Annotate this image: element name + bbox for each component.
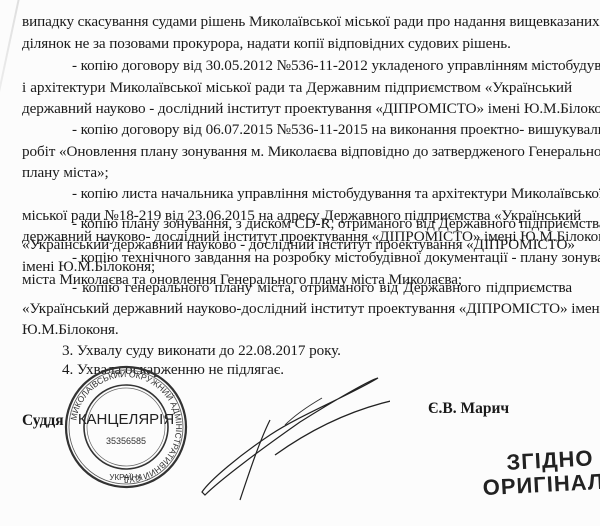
document-line: 3. Ухвалу суду виконати до 22.08.2017 ро… [62, 341, 562, 360]
document-line: і архітектури Миколаївської міської ради… [22, 78, 572, 97]
document-line: - копію листа начальника управління міст… [72, 184, 572, 203]
document-line: ділянок не за позовами прокурора, надати… [22, 34, 572, 53]
document-line: - копію договору від 06.07.2015 №536-11-… [72, 120, 572, 139]
document-line: випадку скасування судами рішень Миколаї… [22, 12, 572, 31]
document-line: робіт «Оновлення плану зонування м. Мико… [22, 142, 572, 161]
signature-label: Суддя [22, 412, 64, 430]
document-line: Ю.М.Білоконя. [22, 320, 572, 339]
document-page: випадку скасування судами рішень Миколаї… [0, 0, 600, 526]
signer-name: Є.В. Марич [428, 400, 509, 418]
paper-crease [0, 0, 21, 99]
document-line: «Український державний науково-дослідний… [22, 299, 572, 318]
document-line: - копію плану зонування, з диском CD-R, … [72, 214, 572, 233]
document-line: імені Ю.М.Білоконя; [22, 257, 572, 276]
document-line: державний науково - дослідний інститут п… [22, 99, 572, 118]
certified-copy-stamp: ЗГІДНО З ОРИГІНАЛОМ [481, 444, 600, 500]
document-line: плану міста»; [22, 163, 572, 182]
document-line: «Український державний науково - дослідн… [22, 235, 572, 254]
document-line: - копію генерального плану міста, отрима… [72, 278, 572, 297]
handwritten-signature [110, 360, 390, 510]
document-line: - копію договору від 30.05.2012 №536-11-… [72, 56, 572, 75]
